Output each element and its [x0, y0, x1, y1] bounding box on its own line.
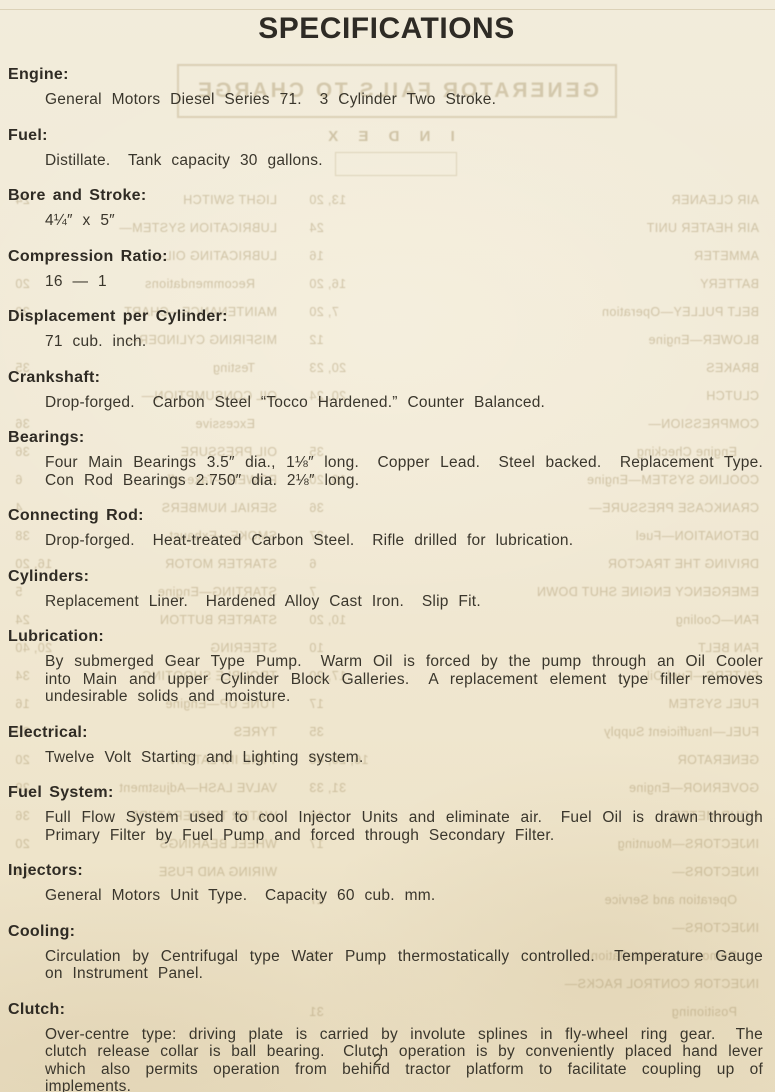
page-content: SPECIFICATIONS Engine:General Motors Die…: [0, 0, 775, 1092]
section-paragraph: Drop-forged. Heat-treated Carbon Steel. …: [8, 532, 765, 550]
section-heading: Injectors:: [8, 862, 765, 880]
section-heading: Engine:: [8, 66, 765, 84]
spec-sections: Engine:General Motors Diesel Series 71. …: [8, 66, 765, 1092]
spec-section-10: Electrical:Twelve Volt Starting and Ligh…: [8, 724, 765, 767]
spec-section-13: Cooling:Circulation by Centrifugal type …: [8, 923, 765, 983]
spec-section-7: Connecting Rod:Drop-forged. Heat-treated…: [8, 507, 765, 550]
spec-section-5: Crankshaft:Drop-forged. Carbon Steel “To…: [8, 369, 765, 412]
spec-section-4: Displacement per Cylinder:71 cub. inch.: [8, 308, 765, 351]
spec-section-8: Cylinders:Replacement Liner. Hardened Al…: [8, 568, 765, 611]
section-heading: Displacement per Cylinder:: [8, 308, 765, 326]
spec-section-12: Injectors:General Motors Unit Type. Capa…: [8, 862, 765, 905]
section-heading: Electrical:: [8, 724, 765, 742]
section-paragraph: 71 cub. inch.: [8, 333, 765, 351]
section-paragraph: By submerged Gear Type Pump. Warm Oil is…: [8, 653, 765, 706]
section-heading: Connecting Rod:: [8, 507, 765, 525]
section-heading: Cooling:: [8, 923, 765, 941]
spec-section-1: Fuel:Distillate. Tank capacity 30 gallon…: [8, 127, 765, 170]
section-paragraph: 4¼″ x 5″: [8, 212, 765, 230]
spec-section-11: Fuel System:Full Flow System used to coo…: [8, 784, 765, 844]
section-heading: Cylinders:: [8, 568, 765, 586]
section-paragraph: Four Main Bearings 3.5″ dia., 1⅛″ long. …: [8, 454, 765, 489]
spec-section-6: Bearings:Four Main Bearings 3.5″ dia., 1…: [8, 429, 765, 489]
section-paragraph: General Motors Diesel Series 71. 3 Cylin…: [8, 91, 765, 109]
section-heading: Lubrication:: [8, 628, 765, 646]
section-heading: Clutch:: [8, 1001, 765, 1019]
section-paragraph: Full Flow System used to cool Injector U…: [8, 809, 765, 844]
section-heading: Bearings:: [8, 429, 765, 447]
spec-section-0: Engine:General Motors Diesel Series 71. …: [8, 66, 765, 109]
spec-section-14: Clutch:Over-centre type: driving plate i…: [8, 1001, 765, 1092]
section-paragraph: Replacement Liner. Hardened Alloy Cast I…: [8, 593, 765, 611]
section-paragraph: Twelve Volt Starting and Lighting system…: [8, 749, 765, 767]
spec-section-9: Lubrication:By submerged Gear Type Pump.…: [8, 628, 765, 706]
spec-section-2: Bore and Stroke:4¼″ x 5″: [8, 187, 765, 230]
section-paragraph: Circulation by Centrifugal type Water Pu…: [8, 948, 765, 983]
section-paragraph: Drop-forged. Carbon Steel “Tocco Hardene…: [8, 394, 765, 412]
scanned-manual-page: GENERATOR FAILS TO CHARGE I N D E X AIR …: [0, 0, 775, 1092]
section-heading: Crankshaft:: [8, 369, 765, 387]
section-paragraph: General Motors Unit Type. Capacity 60 cu…: [8, 887, 765, 905]
spec-section-3: Compression Ratio:16 — 1: [8, 248, 765, 291]
section-heading: Compression Ratio:: [8, 248, 765, 266]
section-heading: Bore and Stroke:: [8, 187, 765, 205]
section-heading: Fuel:: [8, 127, 765, 145]
page-title: SPECIFICATIONS: [8, 12, 765, 46]
section-heading: Fuel System:: [8, 784, 765, 802]
section-paragraph: 16 — 1: [8, 273, 765, 291]
section-paragraph: Distillate. Tank capacity 30 gallons.: [8, 152, 765, 170]
page-number: 2: [0, 1052, 755, 1070]
